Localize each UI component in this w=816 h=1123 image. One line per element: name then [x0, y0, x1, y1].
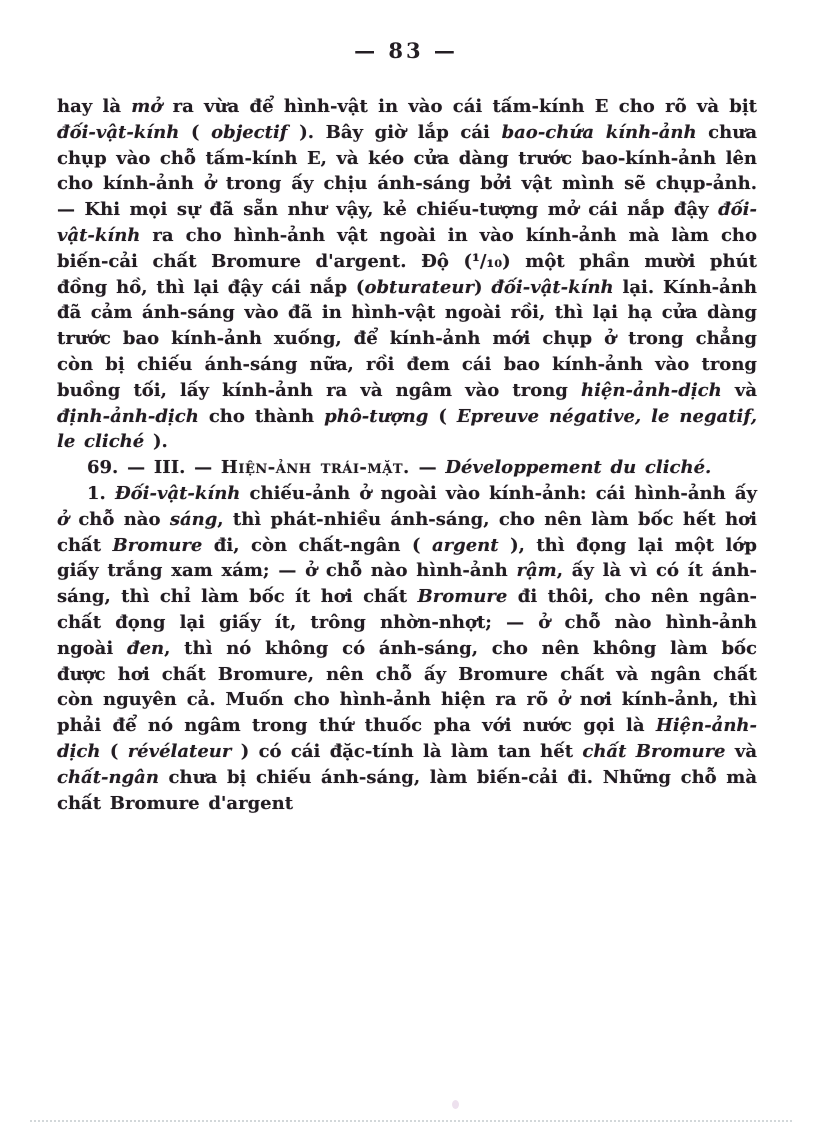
scan-artifact-speck — [452, 1100, 459, 1109]
bottom-dotted-divider — [30, 1120, 792, 1122]
book-page-scan: — 83 — hay là mở ra vừa để hình-vật in v… — [0, 0, 816, 1123]
section-heading-69: 69. — III. — Hiện-ảnh trái-mặt. — Dévelo… — [57, 455, 757, 481]
page-number: — 83 — — [56, 38, 756, 63]
body-text-block: hay là mở ra vừa để hình-vật in vào cái … — [57, 94, 757, 816]
paragraph-numbered-1: 1. Đối-vật-kính chiếu-ảnh ở ngoài vào kí… — [57, 481, 757, 816]
paragraph-continuation: hay là mở ra vừa để hình-vật in vào cái … — [57, 94, 757, 455]
